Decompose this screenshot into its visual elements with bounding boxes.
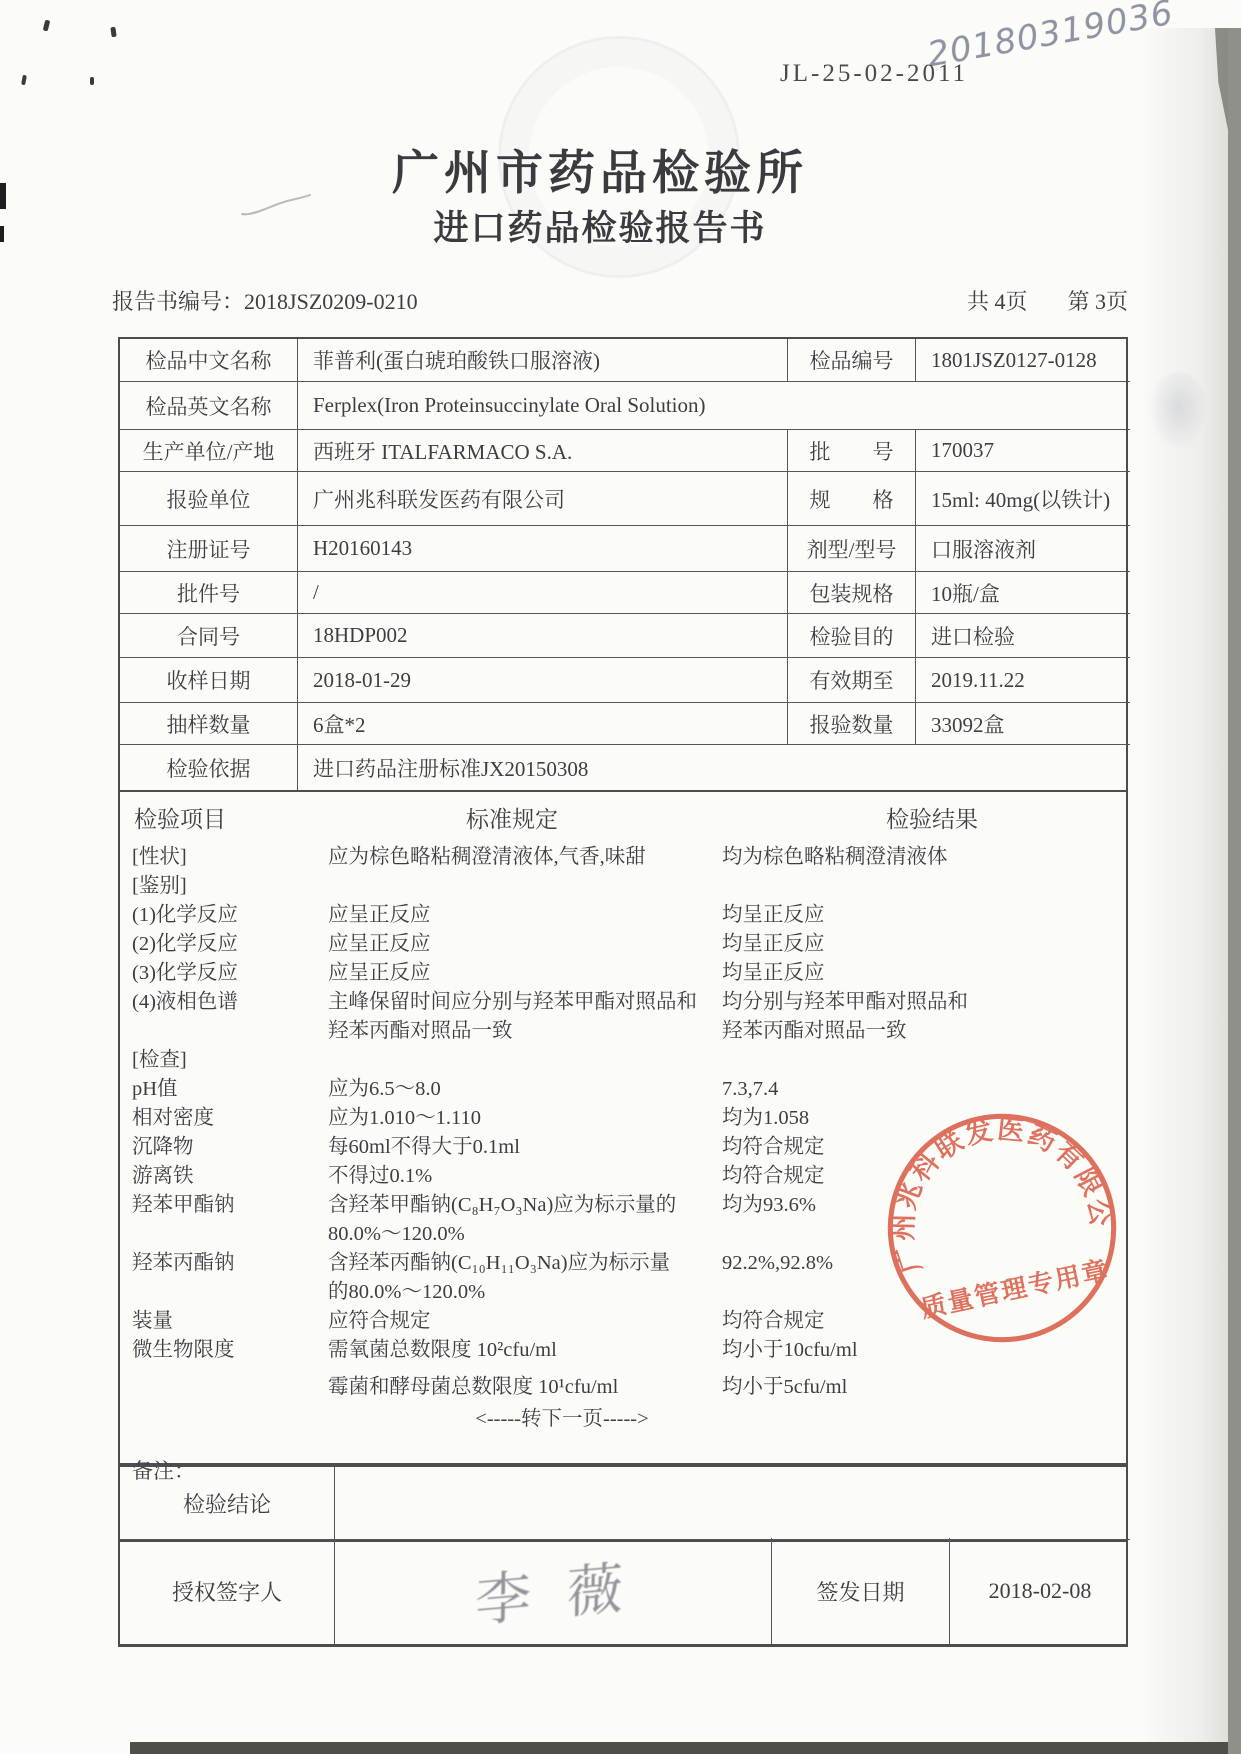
info-value: H20160143 — [298, 526, 788, 572]
info-value: 进口检验 — [916, 614, 1130, 658]
test-item-row: [性状]应为棕色略粘稠澄清液体,气香,味甜均为棕色略粘稠澄清液体 — [132, 843, 1126, 872]
info-label: 报验数量 — [788, 703, 916, 745]
ink-speck — [90, 77, 94, 85]
issue-date-value: 2018-02-08 — [950, 1538, 1130, 1644]
ink-speck — [21, 75, 27, 86]
pages-total: 共 4页 — [967, 285, 1028, 316]
info-label: 批件号 — [120, 572, 298, 614]
document-title: 进口药品检验报告书 — [60, 201, 1140, 251]
page-indicator: 共 4页 第 3页 — [967, 285, 1128, 316]
info-label: 检验目的 — [788, 614, 916, 658]
info-value: 菲普利(蛋白琥珀酸铁口服溶液) — [298, 339, 788, 382]
test-item-row: (1)化学反应应呈正反应均呈正反应 — [132, 901, 1126, 930]
ink-speck — [43, 20, 51, 32]
info-label: 收样日期 — [120, 658, 298, 703]
test-item-row: (2)化学反应应呈正反应均呈正反应 — [132, 930, 1126, 959]
page-current: 第 3页 — [1067, 285, 1128, 316]
test-item-row: (4)液相色谱主峰保留时间应分别与羟苯甲酯对照品和 羟苯丙酯对照品一致均分别与羟… — [132, 988, 1126, 1046]
conclusion-label: 检验结论 — [120, 1467, 335, 1540]
info-label: 剂型/型号 — [788, 526, 916, 572]
signer-label: 授权签字人 — [120, 1538, 335, 1644]
info-label: 注册证号 — [120, 526, 298, 572]
info-value: / — [298, 572, 788, 614]
info-label: 检验依据 — [120, 745, 298, 790]
info-label: 检品中文名称 — [120, 339, 298, 382]
scanner-edge-right — [1228, 28, 1241, 1754]
info-label: 生产单位/产地 — [120, 430, 298, 472]
handwritten-signature: 李薇 — [475, 1541, 660, 1637]
info-value: 33092盒 — [916, 703, 1130, 745]
info-value: 10瓶/盒 — [916, 572, 1130, 614]
column-header-result: 检验结果 — [886, 801, 978, 834]
ink-speck — [110, 27, 116, 38]
signature-cell: 李薇 — [335, 1538, 772, 1644]
conclusion-table: 检验结论 — [118, 1465, 1128, 1542]
report-meta-line: 报告书编号：2018JSZ0209-0210 共 4页 第 3页 — [112, 285, 1128, 316]
conclusion-value — [335, 1467, 1130, 1540]
company-seal: 广州兆科联发医药有限公司 质量管理专用章 — [843, 1069, 1161, 1387]
column-header-item: 检验项目 — [134, 801, 226, 834]
info-label: 批 号 — [788, 430, 916, 472]
info-label: 检品编号 — [788, 339, 916, 382]
scanner-edge-bottom — [130, 1742, 1228, 1754]
sample-info-table: 检品中文名称 菲普利(蛋白琥珀酸铁口服溶液) 检品编号 1801JSZ0127-… — [118, 337, 1128, 792]
form-code: JL-25-02-2011 — [780, 60, 968, 88]
info-value: 6盒*2 — [298, 703, 788, 745]
info-value: 170037 — [916, 430, 1130, 472]
paper-edge-shadow — [1138, 28, 1228, 1742]
info-label: 合同号 — [120, 614, 298, 658]
test-item-row: [鉴别] — [132, 872, 1126, 901]
test-item-row: (3)化学反应应呈正反应均呈正反应 — [132, 959, 1126, 988]
info-value: 西班牙 ITALFARMACO S.A. — [298, 430, 788, 472]
info-label: 报验单位 — [120, 472, 298, 526]
info-value: 15ml: 40mg(以铁计) — [916, 472, 1130, 526]
info-label: 抽样数量 — [120, 703, 298, 745]
continuation-note: <-----转下一页-----> — [120, 1405, 1004, 1434]
info-value: 2019.11.22 — [916, 658, 1130, 703]
info-value: 1801JSZ0127-0128 — [916, 339, 1130, 382]
info-value: 广州兆科联发医药有限公司 — [298, 472, 788, 526]
test-item-row: 霉菌和酵母菌总数限度 10¹cfu/ml均小于5cfu/ml — [132, 1373, 1126, 1402]
paper-smudge — [1148, 372, 1208, 450]
info-label: 检品英文名称 — [120, 382, 298, 430]
signoff-table: 授权签字人 李薇 签发日期 2018-02-08 — [118, 1538, 1128, 1647]
info-value: Ferplex(Iron Proteinsuccinylate Oral Sol… — [298, 382, 1130, 430]
info-value: 18HDP002 — [298, 614, 788, 658]
report-number: 报告书编号：2018JSZ0209-0210 — [112, 285, 418, 316]
organization-title: 广州市药品检验所 — [60, 136, 1140, 203]
info-label: 有效期至 — [788, 658, 916, 703]
info-value: 2018-01-29 — [298, 658, 788, 703]
report-number-value: 2018JSZ0209-0210 — [244, 289, 418, 314]
issue-date-label: 签发日期 — [772, 1538, 950, 1644]
info-value: 口服溶液剂 — [916, 526, 1130, 572]
info-label: 规 格 — [788, 472, 916, 526]
scan-edge-mark — [0, 183, 6, 209]
test-items-header: 检验项目 标准规定 检验结果 — [120, 801, 1126, 834]
report-number-label: 报告书编号： — [112, 289, 244, 314]
seal-caption-text: 质量管理专用章 — [918, 1255, 1112, 1323]
column-header-standard: 标准规定 — [466, 801, 558, 834]
scan-edge-mark — [0, 226, 4, 242]
info-value: 进口药品注册标准JX20150308 — [298, 745, 1130, 790]
info-label: 包装规格 — [788, 572, 916, 614]
test-item-row: [检查] — [132, 1046, 1126, 1075]
